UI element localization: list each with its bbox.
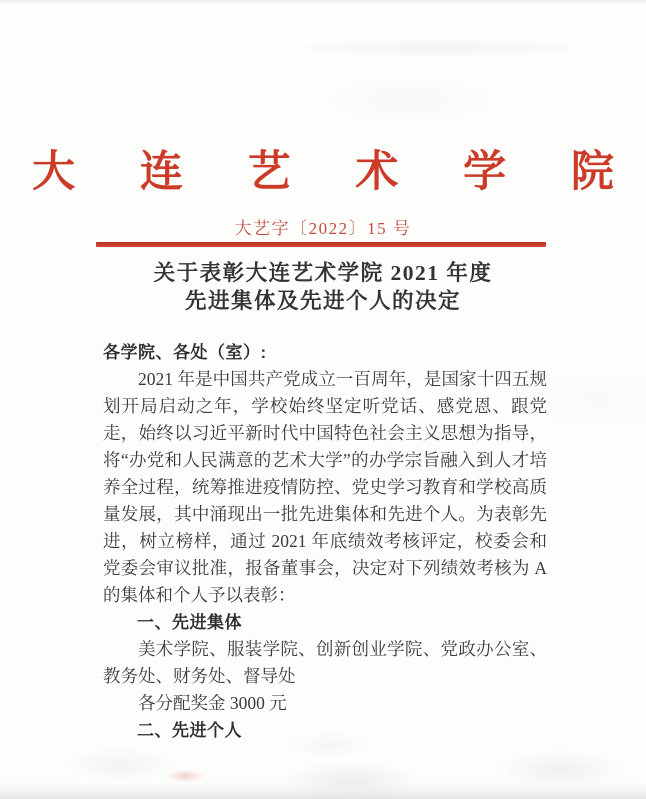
section-1-recipients: 美术学院、服装学院、创新创业学院、党政办公室、教务处、财务处、督导处	[103, 636, 547, 690]
section-2-heading: 二、先进个人	[103, 717, 547, 744]
section-1-heading: 一、先进集体	[103, 609, 547, 636]
red-divider	[96, 242, 546, 247]
scan-edge-bottom	[0, 782, 646, 799]
title-line-1: 关于表彰大连艺术学院 2021 年度	[0, 259, 646, 287]
document-title: 关于表彰大连艺术学院 2021 年度 先进集体及先进个人的决定	[0, 259, 646, 315]
salutation: 各学院、各处（室）:	[103, 339, 547, 366]
intro-paragraph: 2021 年是中国共产党成立一百周年，是国家十四五规划开局启动之年，学校始终坚定…	[103, 366, 547, 609]
scan-edge-top	[0, 0, 646, 6]
title-line-2: 先进集体及先进个人的决定	[0, 287, 646, 315]
section-1-award: 各分配奖金 3000 元	[103, 690, 547, 717]
document-page: 大 连 艺 术 学 院 大艺字〔2022〕15 号 关于表彰大连艺术学院 202…	[0, 0, 646, 799]
org-name: 大 连 艺 术 学 院	[0, 138, 646, 199]
doc-number: 大艺字〔2022〕15 号	[0, 214, 646, 239]
document-body: 各学院、各处（室）: 2021 年是中国共产党成立一百周年，是国家十四五规划开局…	[103, 339, 547, 744]
